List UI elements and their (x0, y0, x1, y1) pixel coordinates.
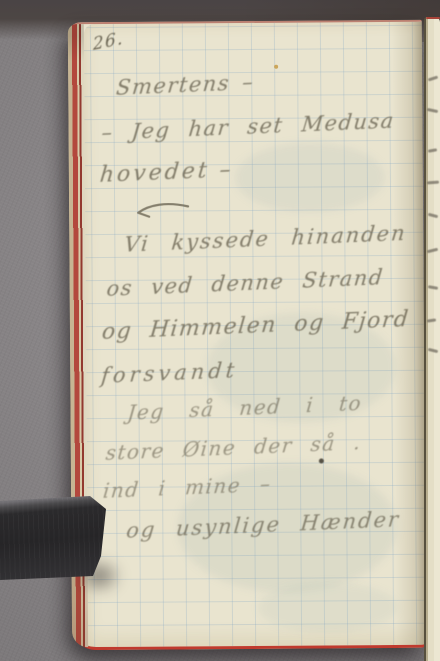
handwriting-fragment (427, 108, 438, 113)
handwriting-fragment (428, 213, 438, 218)
metal-weight-bar (0, 496, 106, 580)
flourish-mark (133, 199, 191, 221)
handwriting-fragment (427, 318, 436, 322)
handwriting-fragment (428, 285, 438, 290)
handwriting-fragment (428, 348, 438, 353)
ink-spot (274, 65, 278, 69)
show-through-stain (258, 582, 398, 633)
handwriting-fragment (427, 248, 438, 254)
handwriting-fragment (428, 76, 438, 82)
handwriting-line: store Øine der så . (105, 430, 363, 465)
handwriting-line: Vi kyssede hinanden (123, 221, 408, 257)
handwriting-fragment (428, 148, 437, 153)
handwriting-line: hovedet – (99, 157, 235, 188)
handwriting-line: Smertens – (115, 70, 255, 100)
handwriting-line: os ved denne Strand (105, 265, 385, 301)
handwriting-line: – Jeg har set Medusa (100, 109, 396, 145)
grid-paper: 26. Smertens – – Jeg har set Medusa hove… (84, 22, 426, 647)
ink-spot (319, 458, 324, 463)
show-through-stain (235, 142, 385, 213)
gutter-fold-shadow (392, 22, 426, 645)
facing-page-sliver (424, 17, 440, 661)
notebook-photograph: 26. Smertens – – Jeg har set Medusa hove… (0, 0, 440, 661)
handwriting-fragment (427, 181, 439, 185)
page-number: 26. (93, 29, 124, 56)
